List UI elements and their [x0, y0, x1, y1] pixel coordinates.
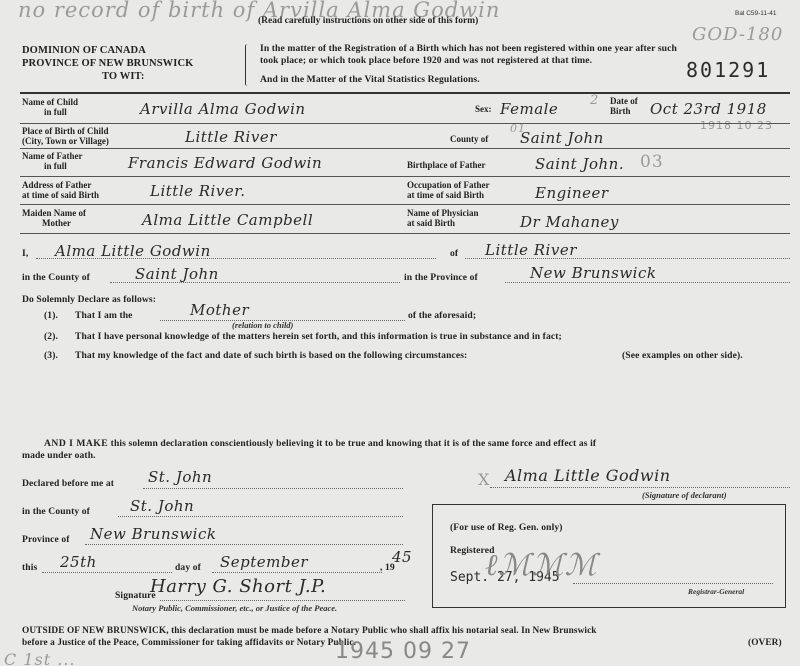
signature-caption: Notary Public, Commissioner, etc., or Ju…: [132, 603, 337, 613]
physician-label: Name of Physicianat said Birth: [407, 208, 479, 228]
father-name-label: Name of Fatherin full: [22, 151, 82, 171]
declarant-mark: X: [478, 470, 490, 489]
this-label: this: [22, 562, 37, 573]
declarant-name: Alma Little Godwin: [55, 242, 211, 260]
decl-county-value: Saint John: [135, 265, 219, 283]
declared-at-label: Declared before me at: [22, 478, 114, 489]
item1-number: (1).: [44, 310, 58, 321]
decl-county-label: in the County of: [22, 272, 90, 283]
header-divider: [20, 92, 790, 94]
oath-county-label: in the County of: [22, 506, 90, 517]
father-birthplace-value: Saint John.: [535, 155, 624, 173]
mother-maiden-label: Maiden Name ofMother: [22, 208, 86, 228]
place-of-birth-value: Little River: [185, 128, 277, 146]
province-heading: PROVINCE OF NEW BRUNSWICK: [22, 58, 193, 69]
oath-province-label: Province of: [22, 534, 70, 545]
matter-line-3: And in the Matter of the Vital Statistic…: [260, 74, 480, 85]
day-value: 25th: [60, 553, 97, 571]
oath-county-line: [118, 516, 403, 517]
decl-province-value: New Brunswick: [530, 264, 656, 282]
father-birthplace-label: Birthplace of Father: [407, 160, 485, 170]
item3-text: That my knowledge of the fact and date o…: [75, 350, 467, 361]
county-value: Saint John: [520, 129, 604, 147]
oath-line-2: made under oath.: [22, 450, 96, 461]
dob-value: Oct 23rd 1918: [650, 100, 767, 118]
sex-value: Female: [500, 100, 558, 118]
dominion-heading: DOMINION OF CANADA: [22, 45, 146, 56]
file-code: GOD-180: [692, 24, 783, 45]
header-brace: [245, 44, 250, 86]
month-value: September: [220, 553, 308, 571]
oath-province-value: New Brunswick: [90, 525, 216, 543]
father-occupation-value: Engineer: [535, 184, 609, 202]
father-address-value: Little River.: [150, 182, 246, 200]
row-divider: [20, 233, 790, 234]
declarant-signature-line: [490, 487, 790, 488]
decl-province-line: [505, 282, 790, 283]
declarant-caption: (Signature of declarant): [642, 490, 727, 500]
row-divider: [20, 204, 790, 205]
day-line: [42, 572, 172, 573]
item2-text: That I have personal knowledge of the ma…: [75, 331, 562, 342]
of-label: of: [450, 248, 458, 259]
father-name-value: Francis Edward Godwin: [128, 154, 322, 172]
item3-hint: (See examples on other side).: [622, 350, 743, 361]
month-line: [212, 572, 382, 573]
registrar-line: [573, 583, 773, 584]
item3-number: (3).: [44, 350, 58, 361]
item1-text: That I am the: [75, 310, 133, 321]
oath-province-line: [85, 544, 403, 545]
bottom-date-stamp: 1945 09 27: [335, 639, 471, 664]
row-divider: [20, 123, 790, 124]
child-name-value: Arvilla Alma Godwin: [140, 100, 306, 118]
registrar-caption: Registrar-General: [688, 587, 744, 596]
bottom-pencil-note: C 1st ...: [4, 650, 76, 666]
i-label: I,: [22, 248, 28, 259]
item1-hint: (relation to child): [232, 320, 293, 330]
county-label: County of: [450, 134, 488, 144]
registrar-signature: ℓℳℳℳ: [485, 548, 598, 583]
footer-line-2: before a Justice of the Peace, Commissio…: [22, 638, 356, 648]
oath-county-value: St. John: [130, 497, 194, 515]
registrar-use-label: (For use of Reg. Gen. only): [450, 522, 563, 533]
father-address-label: Address of Fatherat time of said Birth: [22, 180, 99, 200]
mother-maiden-value: Alma Little Campbell: [142, 211, 313, 229]
footer-line-1: OUTSIDE OF NEW BRUNSWICK, this declarati…: [22, 626, 597, 636]
physician-value: Dr Mahaney: [520, 213, 619, 231]
form-code: Bal C59-11-41: [735, 10, 776, 17]
dob-normalized: 1918 10 23: [700, 119, 773, 132]
registration-number: 801291: [686, 58, 770, 82]
declarant-signature: Alma Little Godwin: [505, 466, 671, 485]
solemnly-declare: Do Solemnly Declare as follows:: [22, 294, 156, 305]
instruction-note: (Read carefully instructions on other si…: [258, 16, 478, 26]
oath-line-1: AND I MAKE this solemn declaration consc…: [44, 438, 596, 449]
signature-line: [160, 600, 405, 601]
of-value: Little River: [485, 241, 577, 259]
matter-line-2: took place; or which took place before 1…: [260, 55, 592, 66]
year-value: 45: [392, 548, 412, 566]
decl-province-label: in the Province of: [404, 272, 478, 283]
item1-suffix: of the aforesaid;: [408, 310, 476, 321]
father-birthplace-code: 03: [640, 152, 664, 172]
row-divider: [20, 176, 790, 177]
item1-value: Mother: [190, 301, 249, 319]
day-of-label: day of: [175, 562, 201, 573]
place-of-birth-label: Place of Birth of Child(City, Town or Vi…: [22, 126, 109, 146]
item2-number: (2).: [44, 331, 58, 342]
to-wit-heading: TO WIT:: [102, 71, 144, 82]
over-label: (OVER): [748, 638, 782, 648]
notary-signature: Harry G. Short J.P.: [150, 576, 326, 597]
declared-at-value: St. John: [148, 468, 212, 486]
child-name-label: Name of Childin full: [22, 97, 78, 117]
sex-label: Sex:: [475, 104, 492, 114]
matter-line-1: In the matter of the Registration of a B…: [260, 43, 677, 54]
row-divider: [20, 148, 790, 149]
dob-label: Date ofBirth: [610, 96, 638, 116]
father-occupation-label: Occupation of Fatherat time of said Birt…: [407, 180, 490, 200]
declared-at-line: [143, 488, 403, 489]
sex-code: 2: [590, 93, 599, 108]
